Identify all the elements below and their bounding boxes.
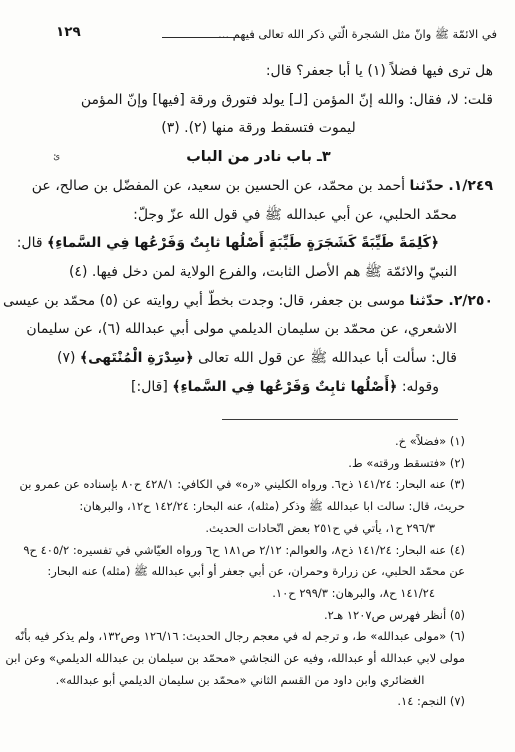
footnote-line: ١٤١/٢٤ ح٨، والبرهان: ٢٩٩/٣ ح١٠. (15, 583, 465, 605)
footnote-line: ٢٩٦/٣ ح١، يأتي في ح٢٥١ بعض اتّحادات الحد… (15, 518, 465, 540)
hadith2-question-line: قال: سألت أبا عبدالله ﷺ عن قول الله تعال… (24, 344, 493, 373)
question-text: قال: سألت أبا عبدالله ﷺ عن قول الله تعال… (198, 350, 457, 366)
body-line: هل ترى فيها فضلاً (١) يا أبا جعفر؟ قال: (24, 57, 493, 86)
hadith2-line1: ٢/٢٥٠. حدّثنا موسى بن جعفر، قال: وجدت بخ… (24, 287, 493, 316)
footnote-line: عن محمّد الحلبي، عن زرارة وحمران، عن أبي… (15, 561, 465, 583)
footnote-line: (٤) عنه البحار: ١٤١/٢٤ ذح٨، والعوالم: ٢/… (15, 540, 465, 562)
footnote-line: (٦) «مولى عبدالله» ط، و ترجم له في معجم … (15, 626, 465, 648)
page-header: في الائمّة ﷺ وانّ مثل الشجرة الّتي ذكر ا… (0, 27, 515, 49)
hadith2-quote-line: وقوله: ﴿أَصْلُها ثابِتٌ وَفَرْعُها فِي ا… (24, 373, 493, 402)
book-page: في الائمّة ﷺ وانّ مثل الشجرة الّتي ذكر ا… (0, 0, 515, 752)
hadith2-line2: الاشعري، عن محمّد بن سليمان الديلمي مولى… (24, 315, 493, 344)
isnad-text: موسى بن جعفر، قال: وجدت بخطّ أبي روايته … (3, 293, 405, 309)
narrator-intro: حدّثنا (410, 293, 444, 309)
quran-verse: ﴿كَلِمَةً طَيِّبَةً كَشَجَرَةٍ طَيِّبَةٍ… (47, 235, 439, 251)
footnote-line: (٣) عنه البحار: ١٤١/٢٤ ذح٦. ورواه الكلين… (15, 474, 465, 496)
hadith-number: ٢/٢٥٠. (448, 293, 493, 309)
footnote-line: الغضائري وابن داود من القسم الثاني «محمّ… (15, 670, 465, 692)
hadith-number: ١/٢٤٩. (448, 178, 493, 194)
quran-verse: ﴿أَصْلُها ثابِتٌ وَفَرْعُها فِي السَّماء… (172, 379, 397, 395)
main-text: هل ترى فيها فضلاً (١) يا أبا جعفر؟ قال: … (24, 57, 493, 401)
hadith1-line1: ١/٢٤٩. حدّثنا أحمد بن محمّد، عن الحسين ب… (24, 172, 493, 201)
quote-intro: وقوله: (402, 379, 439, 395)
hadith1-line2: محمّد الحلبي، عن أبي عبدالله ﷺ في قول ال… (24, 201, 493, 230)
narrator-intro: حدّثنا (410, 178, 444, 194)
page-number: ١٢٩ (56, 24, 81, 40)
quote-tail: [قال:] (131, 379, 168, 395)
footnote-line: (٢) «فتسقط ورقته» ط. (15, 453, 465, 475)
footnote-line: مولى لابي عبدالله أو عبدالله، وفيه عن ال… (15, 648, 465, 670)
footnote-divider-line (222, 419, 458, 420)
body-line: ليموت فتسقط ورقة منها (٢). (٣) (24, 114, 493, 143)
isnad-text: أحمد بن محمّد، عن الحسين بن سعيد، عن الم… (32, 178, 405, 194)
quran-verse: ﴿سِدْرَةِ الْمُنْتَهى﴾ (80, 350, 194, 366)
footnote-line: (٧) النجم: ١٤. (15, 691, 465, 713)
hadith1-matn: النبيّ والائمّة ﷺ هم الأصل الثابت، والفر… (24, 258, 493, 287)
header-divider-line (162, 37, 254, 38)
footnotes-block: (١) «فضلاً» خ. (٢) «فتسقط ورقته» ط. (٣) … (15, 431, 465, 713)
running-title: في الائمّة ﷺ وانّ مثل الشجرة الّتي ذكر ا… (218, 27, 497, 44)
footnote-line: حريث، قال: سالت ابا عبدالله ﷺ وذكر (مثله… (15, 496, 465, 518)
body-line: قلت: لا، فقال: والله إنّ المؤمن [لـ] يول… (24, 86, 493, 115)
footnote-marker: (٧) (57, 350, 75, 366)
footnote-line: (٥) أنظر فهرس ص١٢٠٧ هـ٢. (15, 605, 465, 627)
hadith1-verse-line: ﴿كَلِمَةً طَيِّبَةً كَشَجَرَةٍ طَيِّبَةٍ… (24, 229, 493, 258)
verse-tail: قال: (17, 235, 43, 251)
footnote-line: (١) «فضلاً» خ. (15, 431, 465, 453)
chapter-heading: ٣ـ باب نادر من الباب (24, 143, 493, 172)
